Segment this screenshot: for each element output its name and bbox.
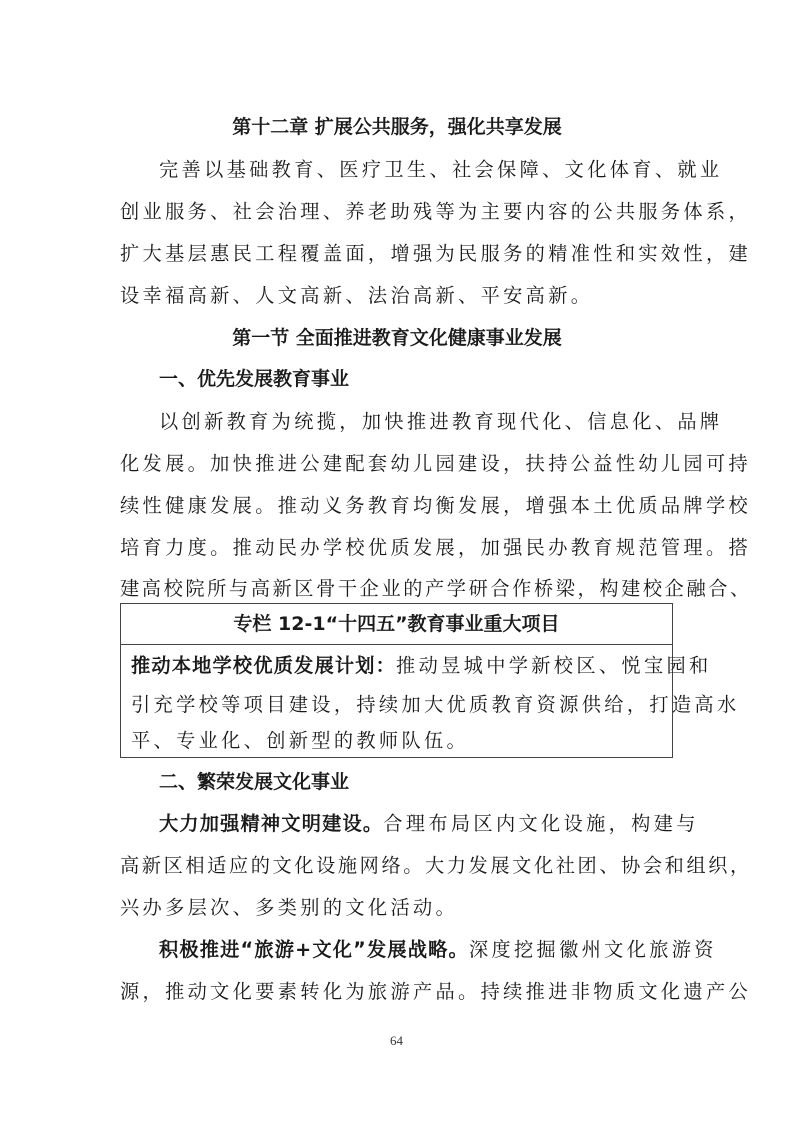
page-number: 64 (0, 1033, 793, 1049)
box-line: 平、专业化、创新型的教师队伍。 (131, 729, 663, 753)
box-lead: 推动本地学校优质发展计划： (131, 654, 396, 677)
text-line: 续性健康发展。推动义务教育均衡发展，增强本土优质品牌学校 (120, 494, 674, 518)
text-line: 以创新教育为统揽，加快推进教育现代化、信息化、品牌 (159, 410, 674, 434)
text-line: 完善以基础教育、医疗卫生、社会保障、文化体育、就业 (159, 158, 674, 182)
bold-lead: 积极推进“旅游+文化”发展战略。 (159, 938, 469, 961)
box-divider (121, 644, 672, 645)
subsection-culture-title: 二、繁荣发展文化事业 (159, 770, 674, 794)
box-line: 推动本地学校优质发展计划：推动昱城中学新校区、悦宝园和 (131, 654, 663, 678)
text-line: 大力加强精神文明建设。合理布局区内文化设施，构建与 (159, 812, 674, 836)
text-line: 扩大基层惠民工程覆盖面，增强为民服务的精准性和实效性，建 (120, 242, 674, 266)
text-line: 兴办多层次、多类别的文化活动。 (120, 896, 674, 920)
bold-lead: 大力加强精神文明建设。 (159, 812, 383, 835)
text-line: 创业服务、社会治理、养老助残等为主要内容的公共服务体系， (120, 200, 674, 224)
box-title: 专栏 12-1“十四五”教育事业重大项目 (121, 612, 672, 636)
subsection-education-title: 一、优先发展教育事业 (159, 367, 674, 391)
text-line: 积极推进“旅游+文化”发展战略。深度挖掘徽州文化旅游资 (159, 938, 674, 962)
section-title: 第一节 全面推进教育文化健康事业发展 (120, 326, 674, 350)
text-line: 高新区相适应的文化设施网络。大力发展文化社团、协会和组织， (120, 854, 674, 878)
text-line: 建高校院所与高新区骨干企业的产学研合作桥梁，构建校企融合、 (120, 577, 674, 601)
text-line: 设幸福高新、人文高新、法治高新、平安高新。 (120, 284, 674, 308)
text-line: 化发展。加快推进公建配套幼儿园建设，扶持公益性幼儿园可持 (120, 452, 674, 476)
box-line: 引充学校等项目建设，持续加大优质教育资源供给，打造高水 (131, 693, 663, 717)
text-line: 源，推动文化要素转化为旅游产品。持续推进非物质文化遗产公 (120, 980, 674, 1004)
text-line: 培育力度。推动民办学校优质发展，加强民办教育规范管理。搭 (120, 536, 674, 560)
chapter-title: 第十二章 扩展公共服务，强化共享发展 (120, 115, 674, 139)
feature-box: 专栏 12-1“十四五”教育事业重大项目 推动本地学校优质发展计划：推动昱城中学… (120, 603, 673, 758)
